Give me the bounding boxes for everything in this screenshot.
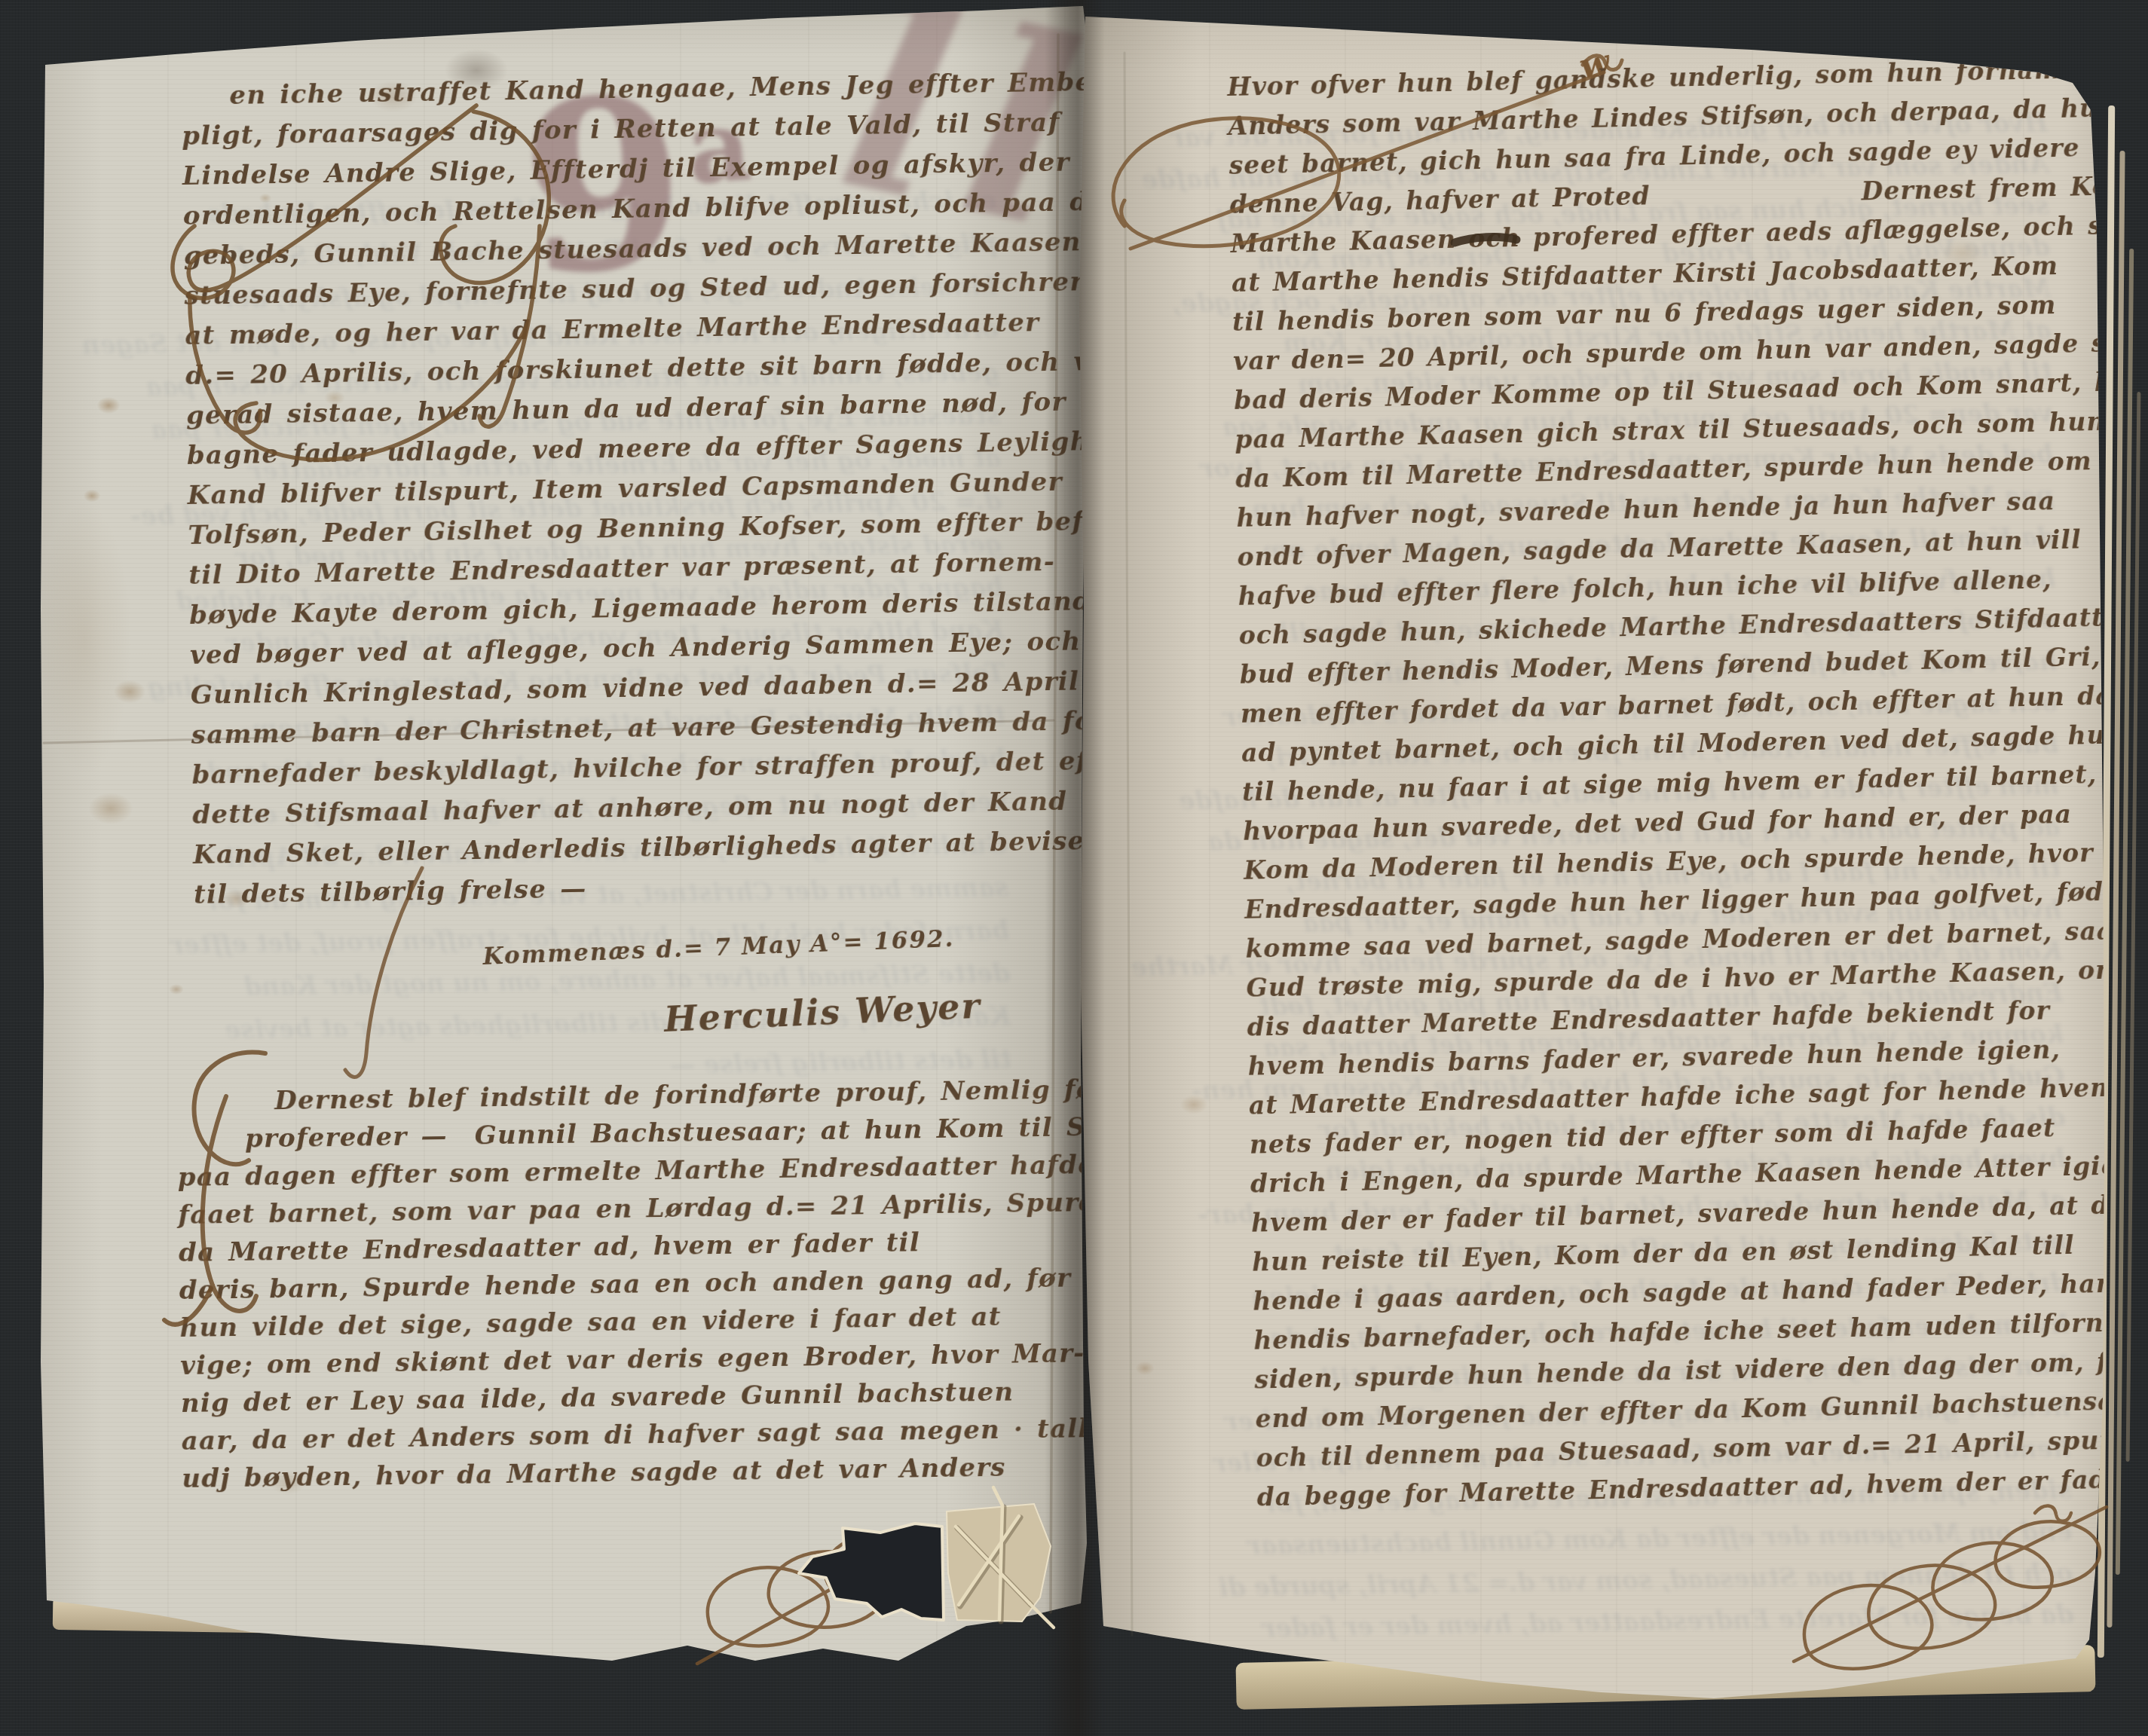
section-initial-flourish	[164, 1053, 265, 1325]
opening-flourish	[173, 105, 549, 460]
date-bracket-flourish	[345, 868, 422, 1077]
binding-thread-x	[947, 1487, 1054, 1627]
right-page-paraph-flourish	[1113, 56, 1622, 249]
manuscript-photo: en iche ustraffet Kand hengaae, Mens Jeg…	[0, 0, 2148, 1736]
ink-and-damage-overlay	[0, 0, 2148, 1736]
ink-dash	[1455, 237, 1516, 243]
torn-hole	[799, 1524, 944, 1620]
right-bottom-flourish	[1794, 1505, 2107, 1668]
fold-creases	[44, 35, 1132, 1635]
